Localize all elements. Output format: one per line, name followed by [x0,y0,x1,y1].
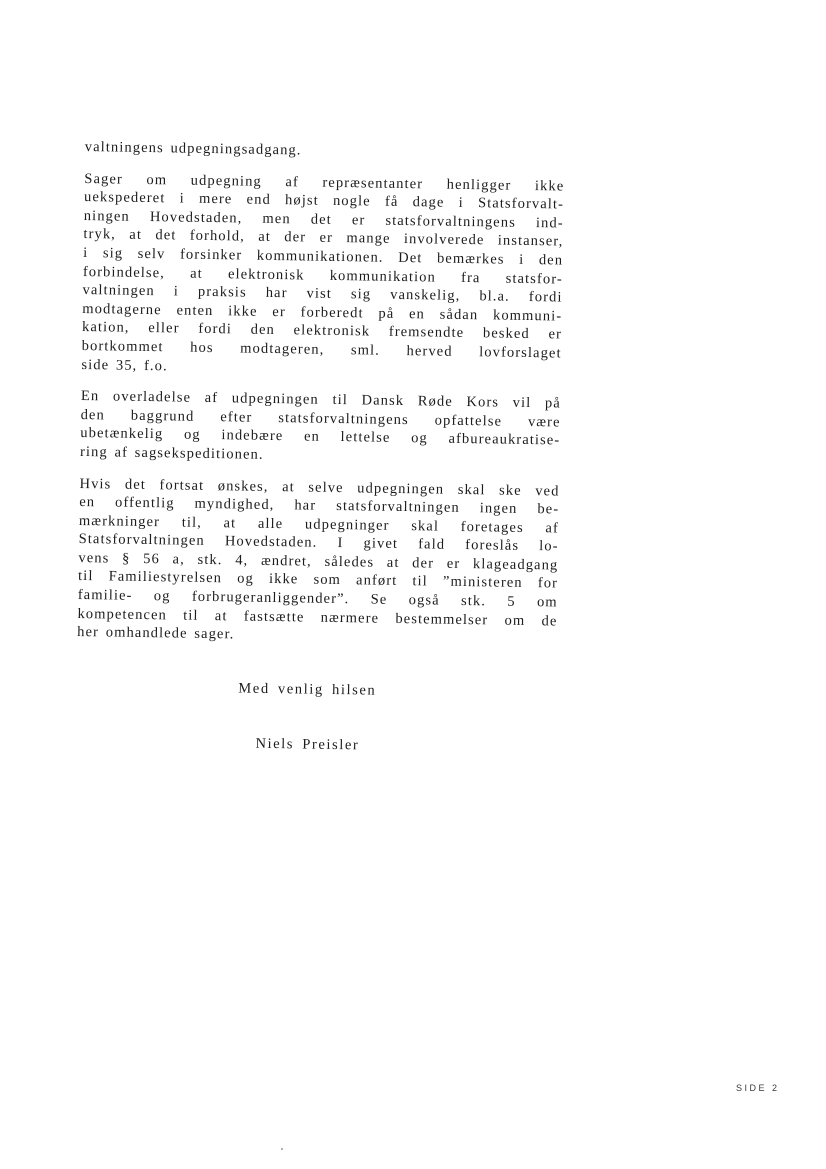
text-line: valtningens udpegningsadgang. [85,138,565,164]
letter-body: valtningens udpegningsadgang. Sager om u… [75,138,565,758]
document-page: valtningens udpegningsadgang. Sager om u… [0,0,826,1169]
paragraph-hvis-det-fortsat: Hvis det fortsat ønskes, at selve udpegn… [77,474,560,649]
paragraph-sager-om-udpegning: Sager om udpegning af repræsentanter hen… [81,170,564,382]
scan-artifact-dot [281,1148,283,1150]
page-number: SIDE 2 [736,1083,780,1093]
signature-name: Niels Preisler [255,735,555,758]
paragraph-continuation: valtningens udpegningsadgang. [85,138,565,164]
closing-salutation: Med venlig hilsen [238,679,556,703]
paragraph-en-overladelse: En overladelse af udpegningen til Dansk … [80,387,561,469]
